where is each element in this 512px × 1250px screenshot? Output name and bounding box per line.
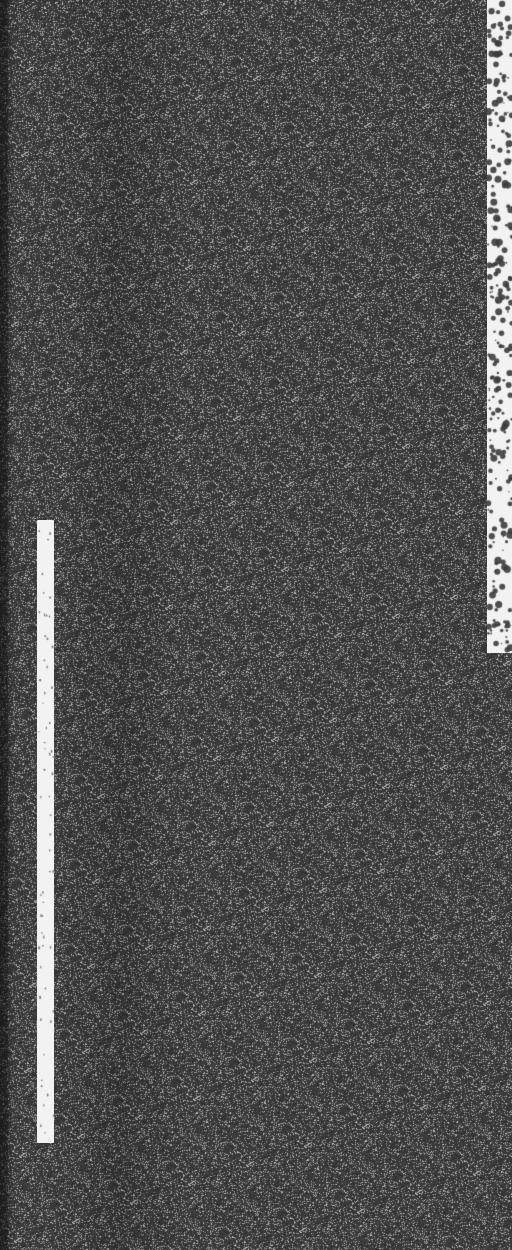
paint-wear-overlay	[0, 0, 512, 1250]
road-surface-photo	[0, 0, 512, 1250]
